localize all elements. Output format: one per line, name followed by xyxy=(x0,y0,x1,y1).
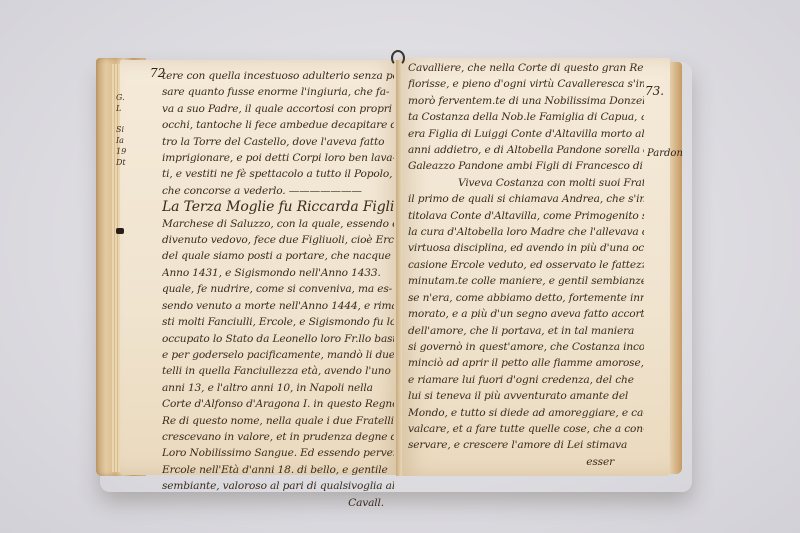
text-line: Mondo, e tutto si diede ad amoreggiare, … xyxy=(408,405,644,421)
binding-ring-icon xyxy=(391,50,405,66)
text-line: del quale siamo posti a portare, che nac… xyxy=(162,248,394,264)
text-line: fiorisse, e pieno d'ogni virtù Cavallere… xyxy=(408,76,644,92)
text-line: lui si teneva il più avventurato amante … xyxy=(408,388,644,404)
text-line: anni addietro, e di Altobella Pandone so… xyxy=(408,142,644,158)
text-line: Galeazzo Pandone ambi Figli di Francesco… xyxy=(408,158,644,174)
spine-note: Si xyxy=(116,124,128,135)
text-line: se n'era, come abbiamo detto, fortemente… xyxy=(408,290,644,306)
vellum-cover-edge-right xyxy=(668,62,682,474)
text-line: Corte d'Alfonso d'Aragona I. in questo R… xyxy=(162,396,394,412)
text-line: morò ferventem.te di una Nobilissima Don… xyxy=(408,93,644,109)
text-line: la cura d'Altobella loro Madre che l'all… xyxy=(408,224,644,240)
text-line: sembiante, valoroso al pari di qualsivog… xyxy=(162,478,394,494)
text-line: sare quanto fusse enorme l'ingiuria, che… xyxy=(162,84,394,100)
text-line: virtuosa disciplina, ed avendo in più d'… xyxy=(408,240,644,256)
text-line: il primo de quali si chiamava Andrea, ch… xyxy=(408,191,644,207)
spine-annotations: G. L Si Ia 19 Dt xyxy=(116,92,128,168)
text-line: Anno 1431, e Sigismondo nell'Anno 1433. xyxy=(162,265,394,281)
text-line: e per goderselo pacificamente, mandò li … xyxy=(162,347,394,363)
text-line: va a suo Padre, il quale accortosi con p… xyxy=(162,101,394,117)
text-line: minutam.te colle maniere, e gentil sembi… xyxy=(408,273,644,289)
catchword: esser xyxy=(408,454,644,470)
text-line: quale, fe nudrire, come si conveniva, ma… xyxy=(162,281,394,297)
text-line: sti molti Fanciulli, Ercole, e Sigismond… xyxy=(162,314,394,330)
left-page-text: tere con quella incestuoso adulterio sen… xyxy=(162,68,394,511)
text-line: casione Ercole veduto, ed osservato le f… xyxy=(408,257,644,273)
margin-note: Pardon xyxy=(647,148,683,159)
text-line: tro la Torre del Castello, dove l'aveva … xyxy=(162,134,394,150)
text-line: imprigionare, e poi detti Corpi loro ben… xyxy=(162,150,394,166)
text-line: ti, e vestiti ne fè spettacolo a tutto i… xyxy=(162,166,394,182)
text-line: Re di questo nome, nella quale i due Fra… xyxy=(162,413,394,429)
text-line: sendo venuto a morte nell'Anno 1444, e r… xyxy=(162,298,394,314)
ink-blot xyxy=(116,228,124,234)
book-gutter xyxy=(396,60,402,476)
text-line: La Terza Moglie fu Riccarda Figlia del xyxy=(162,199,394,215)
text-line: telli in quella Fanciullezza età, avendo… xyxy=(162,363,394,379)
text-line: divenuto vedovo, fece due Figliuoli, cio… xyxy=(162,232,394,248)
text-line: anni 13, e l'altro anni 10, in Napoli ne… xyxy=(162,380,394,396)
spine-note: G. xyxy=(116,92,128,103)
catchword: Cavall. xyxy=(162,495,394,511)
text-line: Ercole nell'Età d'anni 18. di bello, e g… xyxy=(162,462,394,478)
text-line: minciò ad aprir il petto alle fiamme amo… xyxy=(408,355,644,371)
spine-note: L xyxy=(116,103,128,114)
text-line: titolava Conte d'Altavilla, come Primoge… xyxy=(408,208,644,224)
text-line: ta Costanza della Nob.le Famiglia di Cap… xyxy=(408,109,644,125)
text-line: Marchese di Saluzzo, con la quale, essen… xyxy=(162,216,394,232)
text-line: era Figlia di Luiggi Conte d'Altavilla m… xyxy=(408,126,644,142)
text-line: Cavalliere, che nella Corte di questo gr… xyxy=(408,60,644,76)
text-line: Viveva Costanza con molti suoi Fratelli xyxy=(408,175,644,191)
text-line: che concorse a vederlo. ——————— xyxy=(162,183,394,199)
right-page-text: Cavalliere, che nella Corte di questo gr… xyxy=(408,60,644,470)
text-line: e riamare lui fuori d'ogni credenza, del… xyxy=(408,372,644,388)
text-line: valcare, et a fare tutte quelle cose, ch… xyxy=(408,421,644,437)
spine-note: Ia xyxy=(116,135,128,146)
text-line: Loro Nobilissimo Sangue. Ed essendo perv… xyxy=(162,445,394,461)
spine-note: 19 xyxy=(116,146,128,157)
text-line: servare, e crescere l'amore di Lei stima… xyxy=(408,437,644,453)
text-line: si governò in quest'amore, che Costanza … xyxy=(408,339,644,355)
spine-note: Dt xyxy=(116,157,128,168)
text-line: tere con quella incestuoso adulterio sen… xyxy=(162,68,394,84)
text-line: occhi, tantoche li fece ambedue decapita… xyxy=(162,117,394,133)
text-line: occupato lo Stato da Leonello loro Fr.ll… xyxy=(162,331,394,347)
text-line: crescevano in valore, et in prudenza deg… xyxy=(162,429,394,445)
text-line: morato, e a più d'un segno aveva fatto a… xyxy=(408,306,644,322)
page-number-right: 73. xyxy=(645,84,664,98)
text-line: dell'amore, che li portava, et in tal ma… xyxy=(408,323,644,339)
